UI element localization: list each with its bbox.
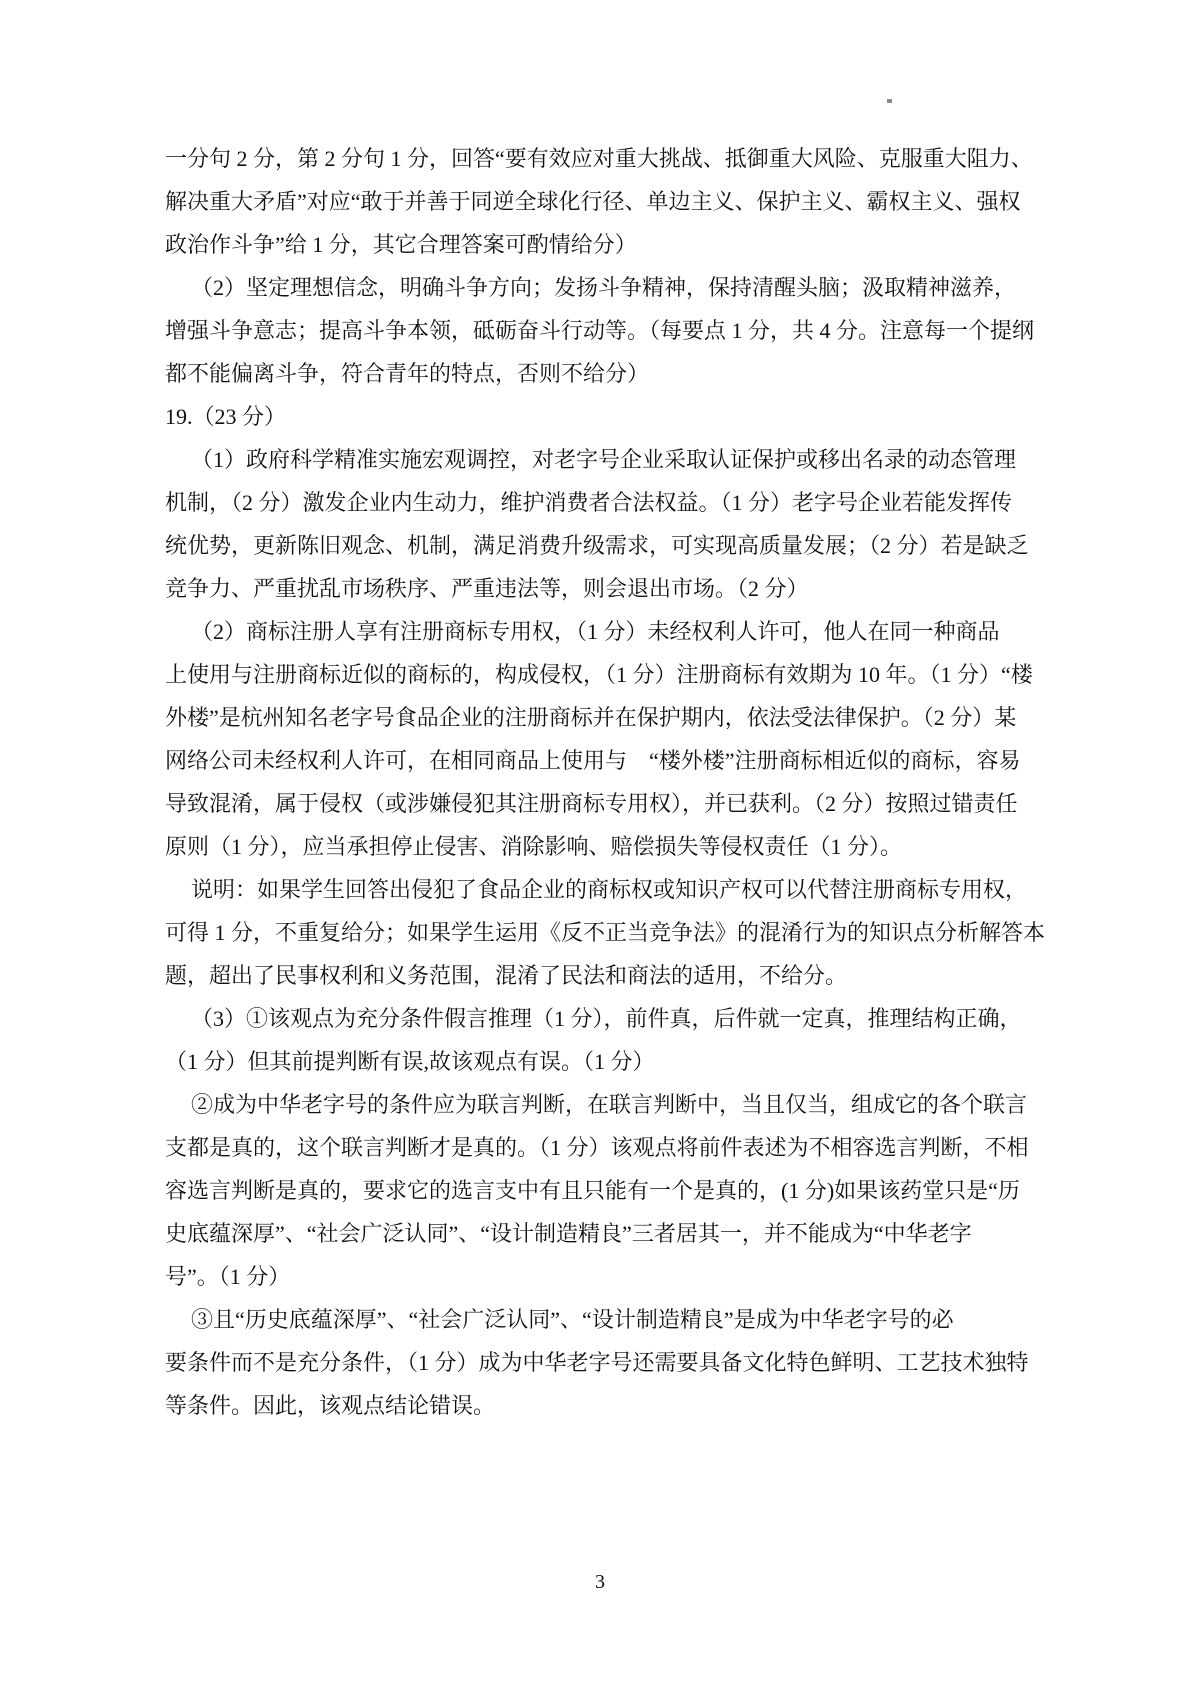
question-19-heading: 19.（23 分）	[165, 395, 1025, 438]
text-line: 导致混淆，属于侵权（或涉嫌侵犯其注册商标专用权），并已获利。（2 分）按照过错责…	[165, 782, 1025, 825]
text-line: 机制，（2 分）激发企业内生动力，维护消费者合法权益。（1 分）老字号企业若能发…	[165, 481, 1025, 524]
text-line: 统优势，更新陈旧观念、机制，满足消费升级需求，可实现高质量发展；（2 分）若是缺…	[165, 524, 1025, 567]
text-line: 容选言判断是真的，要求它的选言支中有且只能有一个是真的，(1 分)如果该药堂只是…	[165, 1169, 1025, 1212]
text-line: 一分句 2 分，第 2 分句 1 分，回答“要有效应对重大挑战、抵御重大风险、克…	[165, 137, 1025, 180]
text-line: 支都是真的，这个联言判断才是真的。（1 分）该观点将前件表述为不相容选言判断，不…	[165, 1126, 1025, 1169]
answer-18-part1-continuation: 一分句 2 分，第 2 分句 1 分，回答“要有效应对重大挑战、抵御重大风险、克…	[165, 137, 1025, 266]
text-line: 政治作斗争”给 1 分，其它合理答案可酌情给分）	[165, 223, 1025, 266]
text-line: 外楼”是杭州知名老字号食品企业的注册商标并在保护期内，依法受法律保护。（2 分）…	[165, 696, 1025, 739]
text-line: 上使用与注册商标近似的商标的，构成侵权，（1 分）注册商标有效期为 10 年。（…	[165, 653, 1025, 696]
text-line: 号”。（1 分）	[165, 1255, 1025, 1298]
answer-19-part3-point1: （3）①该观点为充分条件假言推理（1 分），前件真，后件就一定真，推理结构正确，…	[165, 997, 1025, 1083]
scan-artifact-dot	[887, 99, 892, 103]
text-line: 史底蕴深厚”、“社会广泛认同”、“设计制造精良”三者居其一，并不能成为“中华老字	[165, 1212, 1025, 1255]
document-body: 一分句 2 分，第 2 分句 1 分，回答“要有效应对重大挑战、抵御重大风险、克…	[165, 137, 1025, 1427]
text-line: 都不能偏离斗争，符合青年的特点，否则不给分）	[165, 352, 1025, 395]
text-line: 可得 1 分，不重复给分；如果学生运用《反不正当竞争法》的混淆行为的知识点分析解…	[165, 911, 1025, 954]
answer-18-part2: （2）坚定理想信念，明确斗争方向；发扬斗争精神，保持清醒头脑；汲取精神滋养，增强…	[165, 266, 1025, 395]
text-line: （3）①该观点为充分条件假言推理（1 分），前件真，后件就一定真，推理结构正确，	[165, 997, 1025, 1040]
answer-19-part3-point3: ③且“历史底蕴深厚”、“社会广泛认同”、“设计制造精良”是成为中华老字号的必要条…	[165, 1298, 1025, 1427]
answer-19-part3-point2: ②成为中华老字号的条件应为联言判断，在联言判断中，当且仅当，组成它的各个联言支都…	[165, 1083, 1025, 1298]
text-line: 要条件而不是充分条件，（1 分）成为中华老字号还需要具备文化特色鲜明、工艺技术独…	[165, 1341, 1025, 1384]
text-line: （2）坚定理想信念，明确斗争方向；发扬斗争精神，保持清醒头脑；汲取精神滋养，	[165, 266, 1025, 309]
text-line: 解决重大矛盾”对应“敢于并善于同逆全球化行径、单边主义、保护主义、霸权主义、强权	[165, 180, 1025, 223]
text-line: 竞争力、严重扰乱市场秩序、严重违法等，则会退出市场。（2 分）	[165, 567, 1025, 610]
text-line: 说明：如果学生回答出侵犯了食品企业的商标权或知识产权可以代替注册商标专用权，	[165, 868, 1025, 911]
text-line: ③且“历史底蕴深厚”、“社会广泛认同”、“设计制造精良”是成为中华老字号的必	[165, 1298, 1025, 1341]
text-line: ②成为中华老字号的条件应为联言判断，在联言判断中，当且仅当，组成它的各个联言	[165, 1083, 1025, 1126]
text-line: （1 分）但其前提判断有误,故该观点有误。（1 分）	[165, 1040, 1025, 1083]
text-line: 19.（23 分）	[165, 395, 1025, 438]
text-line: 增强斗争意志；提高斗争本领，砥砺奋斗行动等。（每要点 1 分，共 4 分。注意每…	[165, 309, 1025, 352]
text-line: 网络公司未经权利人许可，在相同商品上使用与 “楼外楼”注册商标相近似的商标，容易	[165, 739, 1025, 782]
text-line: （1）政府科学精准实施宏观调控，对老字号企业采取认证保护或移出名录的动态管理	[165, 438, 1025, 481]
text-line: （2）商标注册人享有注册商标专用权，（1 分）未经权利人许可，他人在同一种商品	[165, 610, 1025, 653]
text-line: 原则（1 分），应当承担停止侵害、消除影响、赔偿损失等侵权责任（1 分）。	[165, 825, 1025, 868]
answer-19-part2: （2）商标注册人享有注册商标专用权，（1 分）未经权利人许可，他人在同一种商品上…	[165, 610, 1025, 868]
page-number: 3	[0, 1570, 1200, 1594]
answer-19-part1: （1）政府科学精准实施宏观调控，对老字号企业采取认证保护或移出名录的动态管理机制…	[165, 438, 1025, 610]
document-page: 一分句 2 分，第 2 分句 1 分，回答“要有效应对重大挑战、抵御重大风险、克…	[0, 0, 1200, 1698]
text-line: 题，超出了民事权利和义务范围，混淆了民法和商法的适用，不给分。	[165, 954, 1025, 997]
answer-19-part2-note: 说明：如果学生回答出侵犯了食品企业的商标权或知识产权可以代替注册商标专用权，可得…	[165, 868, 1025, 997]
text-line: 等条件。因此，该观点结论错误。	[165, 1384, 1025, 1427]
